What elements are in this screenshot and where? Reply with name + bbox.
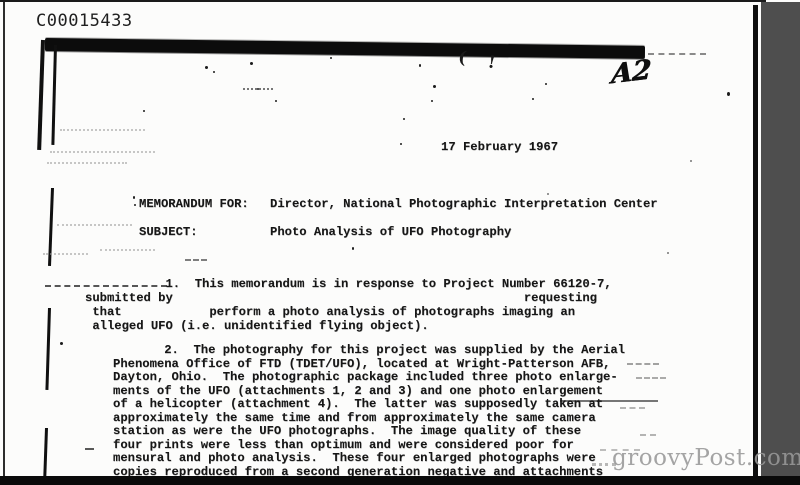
document-id: C00015433 (36, 11, 133, 31)
document-text-layer: C00015433 ( ! A2 17 February 1967 MEMORA… (0, 0, 800, 485)
handwritten-a2-mark: A2 (610, 54, 651, 90)
scanned-memo-page: C00015433 ( ! A2 17 February 1967 MEMORA… (0, 0, 800, 485)
groovypost-watermark: groovyPost.com (612, 445, 800, 471)
paragraph-2: 2. The photography for this project was … (113, 344, 625, 479)
subject-line: SUBJECT:Photo Analysis of UFO Photograph… (139, 225, 511, 239)
memo-for-label: MEMORANDUM FOR: (139, 197, 270, 211)
subject-value: Photo Analysis of UFO Photography (270, 225, 511, 239)
handwritten-paren-mark: ( ! (457, 48, 505, 75)
paragraph-1: 1. This memorandum is in response to Pro… (85, 277, 612, 333)
memo-date: 17 February 1967 (441, 140, 558, 154)
memo-for-value: Director, National Photographic Interpre… (270, 197, 658, 211)
memo-for-line: MEMORANDUM FOR:Director, National Photog… (139, 197, 658, 211)
subject-label: SUBJECT: (139, 225, 270, 239)
scan-bottom-bar (0, 476, 800, 485)
